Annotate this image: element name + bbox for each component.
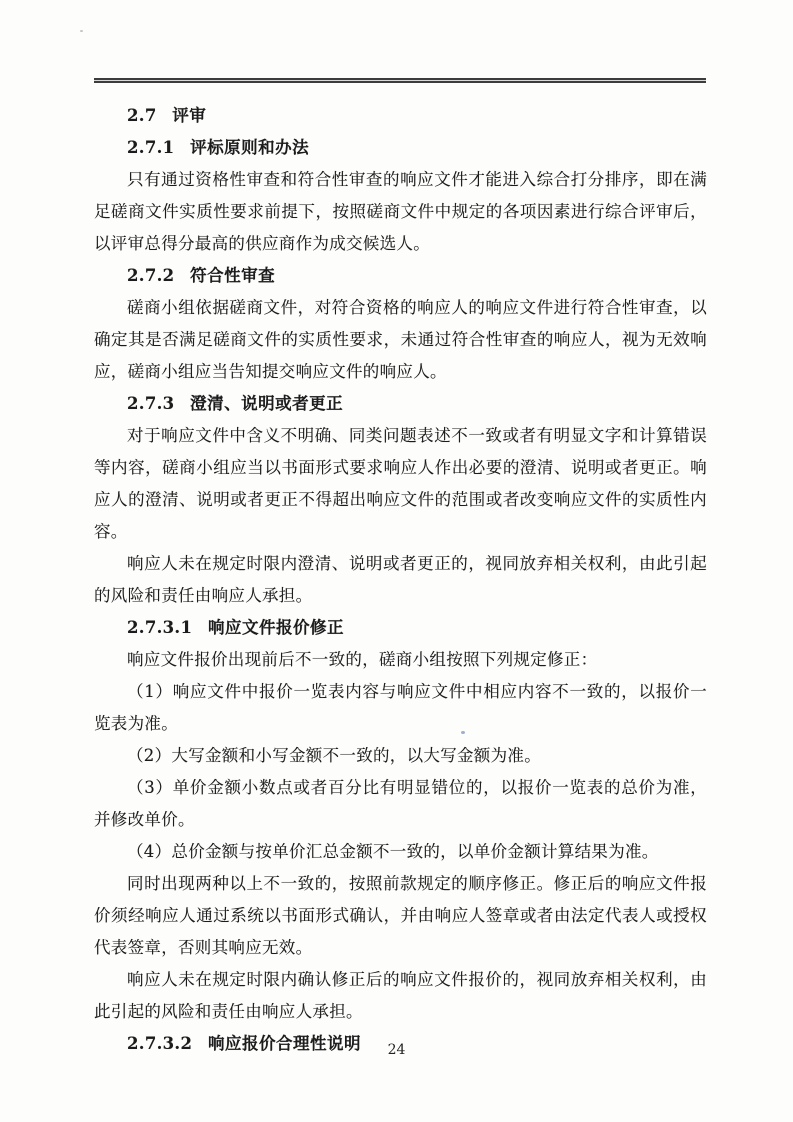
document-page: 2.7评审 2.7.1评标原则和办法 只有通过资格性审查和符合性审查的响应文件才… bbox=[0, 0, 793, 1122]
header-double-rule bbox=[94, 78, 706, 83]
body-paragraph: 对于响应文件中含义不明确、同类问题表述不一致或者有明显文字和计算错误等内容，磋商… bbox=[94, 420, 707, 548]
body-paragraph: 响应人未在规定时限内确认修正后的响应文件报价的，视同放弃相关权利，由此引起的风险… bbox=[94, 964, 707, 1028]
body-paragraph: 只有通过资格性审查和符合性审查的响应文件才能进入综合打分排序，即在满足磋商文件实… bbox=[94, 164, 707, 260]
list-item-paragraph: （2）大写金额和小写金额不一致的，以大写金额为准。 bbox=[94, 740, 707, 772]
section-heading-2-7-2: 2.7.2符合性审查 bbox=[94, 260, 707, 292]
body-paragraph: 磋商小组依据磋商文件，对符合资格的响应人的响应文件进行符合性审查，以确定其是否满… bbox=[94, 292, 707, 388]
list-item-paragraph: （1）响应文件中报价一览表内容与响应文件中相应内容不一致的，以报价一览表为准。 bbox=[94, 676, 707, 740]
scan-speck bbox=[80, 30, 83, 32]
section-number: 2.7 bbox=[127, 106, 157, 125]
section-number: 2.7.1 bbox=[127, 138, 174, 157]
section-heading-2-7-3: 2.7.3澄清、说明或者更正 bbox=[94, 388, 707, 420]
list-item-paragraph: （3）单价金额小数点或者百分比有明显错位的，以报价一览表的总价为准，并修改单价。 bbox=[94, 772, 707, 836]
section-number: 2.7.3 bbox=[127, 394, 174, 413]
section-title: 澄清、说明或者更正 bbox=[190, 394, 343, 413]
section-number: 2.7.2 bbox=[127, 266, 174, 285]
section-heading-2-7: 2.7评审 bbox=[94, 100, 707, 132]
section-heading-2-7-1: 2.7.1评标原则和办法 bbox=[94, 132, 707, 164]
body-paragraph: 响应人未在规定时限内澄清、说明或者更正的，视同放弃相关权利，由此引起的风险和责任… bbox=[94, 548, 707, 612]
section-title: 评审 bbox=[172, 106, 206, 125]
document-body: 2.7评审 2.7.1评标原则和办法 只有通过资格性审查和符合性审查的响应文件才… bbox=[94, 100, 707, 1060]
list-item-paragraph: （4）总价金额与按单价汇总金额不一致的，以单价金额计算结果为准。 bbox=[94, 836, 707, 868]
page-number: 24 bbox=[0, 1042, 793, 1058]
section-title: 评标原则和办法 bbox=[190, 138, 309, 157]
section-title: 符合性审查 bbox=[190, 266, 275, 285]
section-number: 2.7.3.1 bbox=[127, 618, 192, 637]
section-heading-2-7-3-1: 2.7.3.1响应文件报价修正 bbox=[94, 612, 707, 644]
section-title: 响应文件报价修正 bbox=[208, 618, 344, 637]
body-paragraph: 同时出现两种以上不一致的，按照前款规定的顺序修正。修正后的响应文件报价须经响应人… bbox=[94, 868, 707, 964]
body-paragraph: 响应文件报价出现前后不一致的，磋商小组按照下列规定修正： bbox=[94, 644, 707, 676]
